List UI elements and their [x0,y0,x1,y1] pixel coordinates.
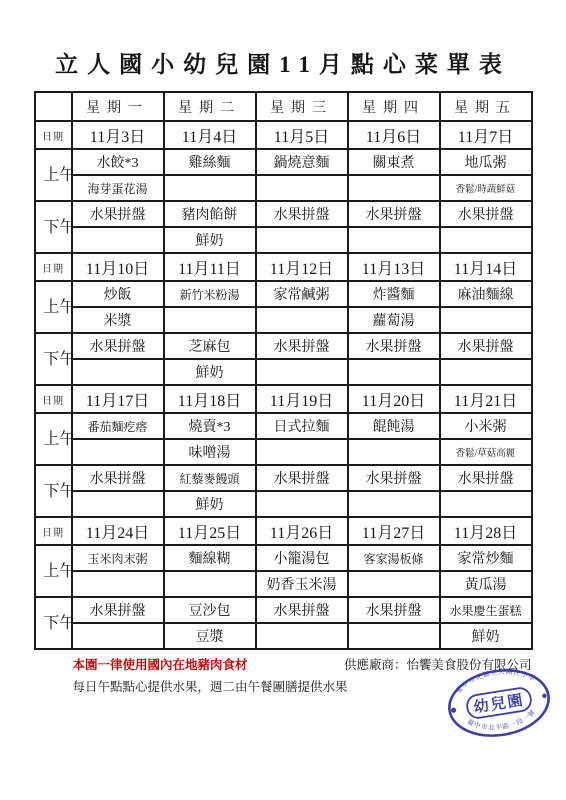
menu-cell: 鍋燒意麵 [256,149,348,175]
menu-cell: 蘿蔔湯 [348,307,440,333]
date-cell: 11月21日 [440,385,532,413]
menu-cell: 玉米肉末粥 [72,545,164,571]
row-label-afternoon: 下午 [35,201,72,253]
date-cell: 11月11日 [164,253,256,281]
menu-cell: 味噌湯 [164,439,256,465]
menu-cell: 家常鹹粥 [256,281,348,307]
seal-right-emblem [542,693,547,698]
table-row-pm-main-week4: 下午 水果拼盤 豆沙包 水果拼盤 水果拼盤 水果慶生蛋糕 [35,597,532,623]
day-header-friday: 星期五 [440,92,532,121]
row-label-morning: 上午 [35,281,72,333]
menu-cell [72,571,164,597]
date-cell: 11月13日 [348,253,440,281]
menu-cell [256,227,348,253]
menu-cell [256,439,348,465]
date-cell: 11月24日 [72,517,164,545]
menu-cell [256,623,348,649]
menu-cell: 關東煮 [348,149,440,175]
menu-cell: 炸醬麵 [348,281,440,307]
menu-cell: 香鬆/時蔬鮮菇 [440,175,532,201]
menu-cell: 芝麻包 [164,333,256,359]
menu-cell [440,307,532,333]
menu-cell [440,491,532,517]
date-cell: 11月7日 [440,121,532,149]
date-cell: 11月28日 [440,517,532,545]
day-header-thursday: 星期四 [348,92,440,121]
menu-cell: 水果拼盤 [440,201,532,227]
menu-cell [72,359,164,385]
menu-cell [348,623,440,649]
menu-cell: 麵線糊 [164,545,256,571]
menu-cell: 水果拼盤 [348,333,440,359]
date-cell: 11月19日 [256,385,348,413]
snack-menu-table: 星期一 星期二 星期三 星期四 星期五 日期 11月3日 11月4日 11月5日… [34,91,533,650]
row-label-date: 日期 [35,121,72,149]
menu-cell: 水餃*3 [72,149,164,175]
menu-cell: 水果拼盤 [348,597,440,623]
menu-cell [348,571,440,597]
table-row-dates-week1: 日期 11月3日 11月4日 11月5日 11月6日 11月7日 [35,121,532,149]
table-row-am-sub-week2: 米漿 蘿蔔湯 [35,307,532,333]
menu-cell [256,307,348,333]
menu-cell: 鮮奶 [164,359,256,385]
date-cell: 11月27日 [348,517,440,545]
menu-cell [348,491,440,517]
menu-cell: 水果拼盤 [440,333,532,359]
table-row-dates-week4: 日期 11月24日 11月25日 11月26日 11月27日 11月28日 [35,517,532,545]
menu-cell [440,227,532,253]
menu-cell [348,359,440,385]
menu-cell [256,491,348,517]
menu-cell: 水果慶生蛋糕 [440,597,532,623]
menu-cell: 水果拼盤 [348,465,440,491]
menu-sheet: 立人國小幼兒園11月點心菜單表 星期一 星期二 星期三 星期四 星期五 日期 1… [0,0,566,800]
menu-cell [164,571,256,597]
date-cell: 11月3日 [72,121,164,149]
table-row-am-main-week2: 上午 炒飯 新竹米粉湯 家常鹹粥 炸醬麵 麻油麵線 [35,281,532,307]
table-row-pm-sub-week3: 鮮奶 [35,491,532,517]
table-row-pm-sub-week2: 鮮奶 [35,359,532,385]
date-cell: 11月20日 [348,385,440,413]
menu-cell: 小米粥 [440,413,532,439]
corner-cell [35,92,72,121]
menu-cell [256,359,348,385]
menu-cell [348,175,440,201]
menu-cell [256,175,348,201]
seal-left-emblem [451,707,457,713]
menu-cell: 新竹米粉湯 [164,281,256,307]
menu-cell: 水果拼盤 [72,465,164,491]
menu-cell [348,227,440,253]
row-label-morning: 上午 [35,149,72,201]
row-label-afternoon: 下午 [35,465,72,517]
pork-origin-notice: 本園一律使用國內在地豬肉食材 [35,655,248,675]
table-row-pm-main-week3: 下午 水果拼盤 紅藜麥饅頭 水果拼盤 水果拼盤 水果拼盤 [35,465,532,491]
menu-cell: 麻油麵線 [440,281,532,307]
menu-cell [72,227,164,253]
menu-cell: 水果拼盤 [72,597,164,623]
date-cell: 11月26日 [256,517,348,545]
menu-cell [440,359,532,385]
menu-cell: 豆漿 [164,623,256,649]
table-row-pm-main-week1: 下午 水果拼盤 豬肉餡餅 水果拼盤 水果拼盤 水果拼盤 [35,201,532,227]
menu-cell: 地瓜粥 [440,149,532,175]
menu-cell: 鮮奶 [164,491,256,517]
menu-cell: 水果拼盤 [72,333,164,359]
menu-cell [72,439,164,465]
menu-cell: 家常炒麵 [440,545,532,571]
menu-cell: 豬肉餡餅 [164,201,256,227]
table-row-pm-sub-week1: 鮮奶 [35,227,532,253]
row-label-date: 日期 [35,517,72,545]
row-label-morning: 上午 [35,413,72,465]
date-cell: 11月18日 [164,385,256,413]
menu-cell: 海芽蛋花湯 [72,175,164,201]
menu-cell: 水果拼盤 [256,465,348,491]
menu-cell: 燒賣*3 [164,413,256,439]
table-row-dates-week2: 日期 11月10日 11月11日 11月12日 11月13日 11月14日 [35,253,532,281]
date-cell: 11月17日 [72,385,164,413]
date-cell: 11月5日 [256,121,348,149]
table-row-am-main-week4: 上午 玉米肉末粥 麵線糊 小籠湯包 客家湯板條 家常炒麵 [35,545,532,571]
menu-cell [72,491,164,517]
menu-cell: 香鬆/草菇高麗 [440,439,532,465]
menu-cell: 豆沙包 [164,597,256,623]
table-row-am-sub-week1: 海芽蛋花湯 香鬆/時蔬鮮菇 [35,175,532,201]
date-cell: 11月12日 [256,253,348,281]
menu-cell: 水果拼盤 [256,597,348,623]
day-header-tuesday: 星期二 [164,92,256,121]
date-cell: 11月10日 [72,253,164,281]
menu-cell: 水果拼盤 [256,201,348,227]
menu-cell [72,623,164,649]
menu-cell: 鮮奶 [164,227,256,253]
day-header-monday: 星期一 [72,92,164,121]
table-row-am-sub-week4: 奶香玉米湯 黃瓜湯 [35,571,532,597]
weekday-header-row: 星期一 星期二 星期三 星期四 星期五 [35,92,532,121]
menu-cell: 番茄麵疙瘩 [72,413,164,439]
date-cell: 11月6日 [348,121,440,149]
menu-cell: 炒飯 [72,281,164,307]
row-label-date: 日期 [35,253,72,281]
row-label-afternoon: 下午 [35,597,72,649]
menu-cell: 米漿 [72,307,164,333]
date-cell: 11月25日 [164,517,256,545]
menu-cell: 鮮奶 [440,623,532,649]
menu-cell: 雞絲麵 [164,149,256,175]
table-row-dates-week3: 日期 11月17日 11月18日 11月19日 11月20日 11月21日 [35,385,532,413]
menu-cell: 小籠湯包 [256,545,348,571]
menu-cell: 紅藜麥饅頭 [164,465,256,491]
menu-cell [348,439,440,465]
menu-cell: 餛飩湯 [348,413,440,439]
menu-cell: 客家湯板條 [348,545,440,571]
date-cell: 11月4日 [164,121,256,149]
table-row-am-main-week3: 上午 番茄麵疙瘩 燒賣*3 日式拉麵 餛飩湯 小米粥 [35,413,532,439]
menu-cell [164,307,256,333]
menu-cell: 日式拉麵 [256,413,348,439]
row-label-morning: 上午 [35,545,72,597]
table-row-pm-sub-week4: 豆漿 鮮奶 [35,623,532,649]
menu-cell: 水果拼盤 [256,333,348,359]
page-title: 立人國小幼兒園11月點心菜單表 [0,46,566,79]
table-row-pm-main-week2: 下午 水果拼盤 芝麻包 水果拼盤 水果拼盤 水果拼盤 [35,333,532,359]
date-cell: 11月14日 [440,253,532,281]
menu-cell: 黃瓜湯 [440,571,532,597]
menu-cell: 水果拼盤 [72,201,164,227]
table-row-am-sub-week3: 味噌湯 香鬆/草菇高麗 [35,439,532,465]
menu-cell [164,175,256,201]
kindergarten-seal: 幼兒園 臺中市北區立人國民小學 臺中市北平路一段一號 [440,654,558,752]
menu-cell: 水果拼盤 [348,201,440,227]
row-label-date: 日期 [35,385,72,413]
table-row-am-main-week1: 上午 水餃*3 雞絲麵 鍋燒意麵 關東煮 地瓜粥 [35,149,532,175]
menu-cell: 奶香玉米湯 [256,571,348,597]
row-label-afternoon: 下午 [35,333,72,385]
menu-cell: 水果拼盤 [440,465,532,491]
day-header-wednesday: 星期三 [256,92,348,121]
